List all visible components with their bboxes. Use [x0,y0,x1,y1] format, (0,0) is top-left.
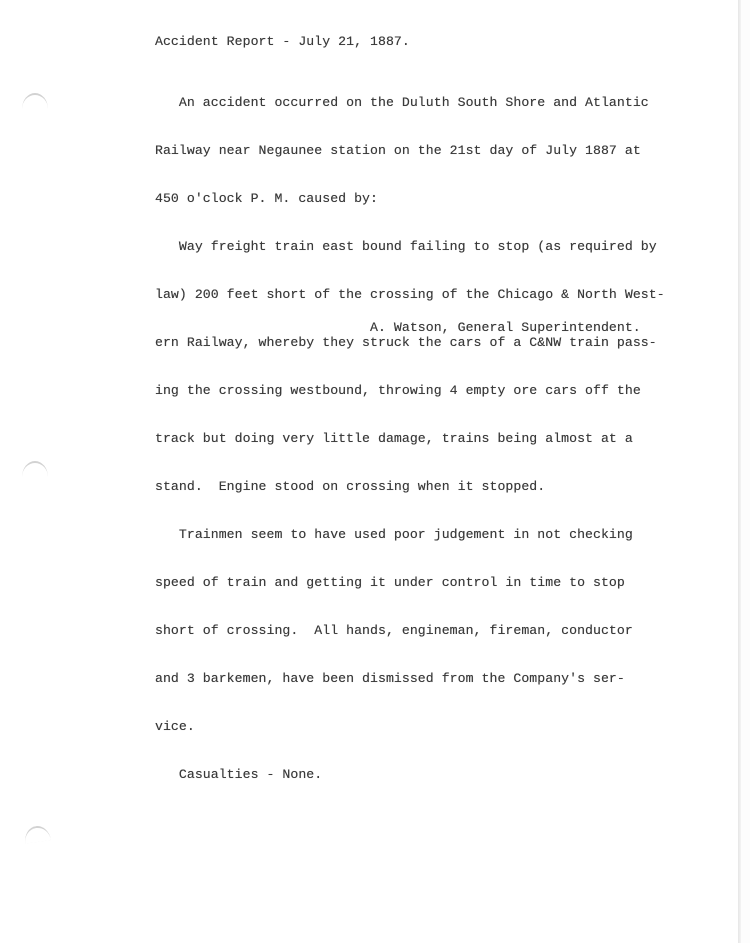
report-body: An accident occurred on the Duluth South… [155,63,665,815]
punch-hole-mark-bottom [23,824,51,843]
body-line: stand. Engine stood on crossing when it … [155,479,665,495]
body-line: vice. [155,719,665,735]
body-line: short of crossing. All hands, engineman,… [155,623,665,639]
body-line: track but doing very little damage, trai… [155,431,665,447]
typewritten-page: Accident Report - July 21, 1887. An acci… [0,0,738,943]
punch-hole-mark-top [22,93,48,109]
body-line: Way freight train east bound failing to … [155,239,665,255]
punch-hole-mark-middle [22,461,48,477]
body-line: speed of train and getting it under cont… [155,575,665,591]
body-line: and 3 barkemen, have been dismissed from… [155,671,665,687]
body-line: Railway near Negaunee station on the 21s… [155,143,665,159]
page-edge-divider [738,0,741,943]
signature-line: A. Watson, General Superintendent. [370,320,641,336]
body-line: An accident occurred on the Duluth South… [155,95,665,111]
body-line: 450 o'clock P. M. caused by: [155,191,665,207]
body-line: law) 200 feet short of the crossing of t… [155,287,665,303]
body-line: Casualties - None. [155,767,665,783]
body-line: ing the crossing westbound, throwing 4 e… [155,383,665,399]
body-line: Trainmen seem to have used poor judgemen… [155,527,665,543]
body-line: ern Railway, whereby they struck the car… [155,335,665,351]
report-title: Accident Report - July 21, 1887. [155,34,410,50]
